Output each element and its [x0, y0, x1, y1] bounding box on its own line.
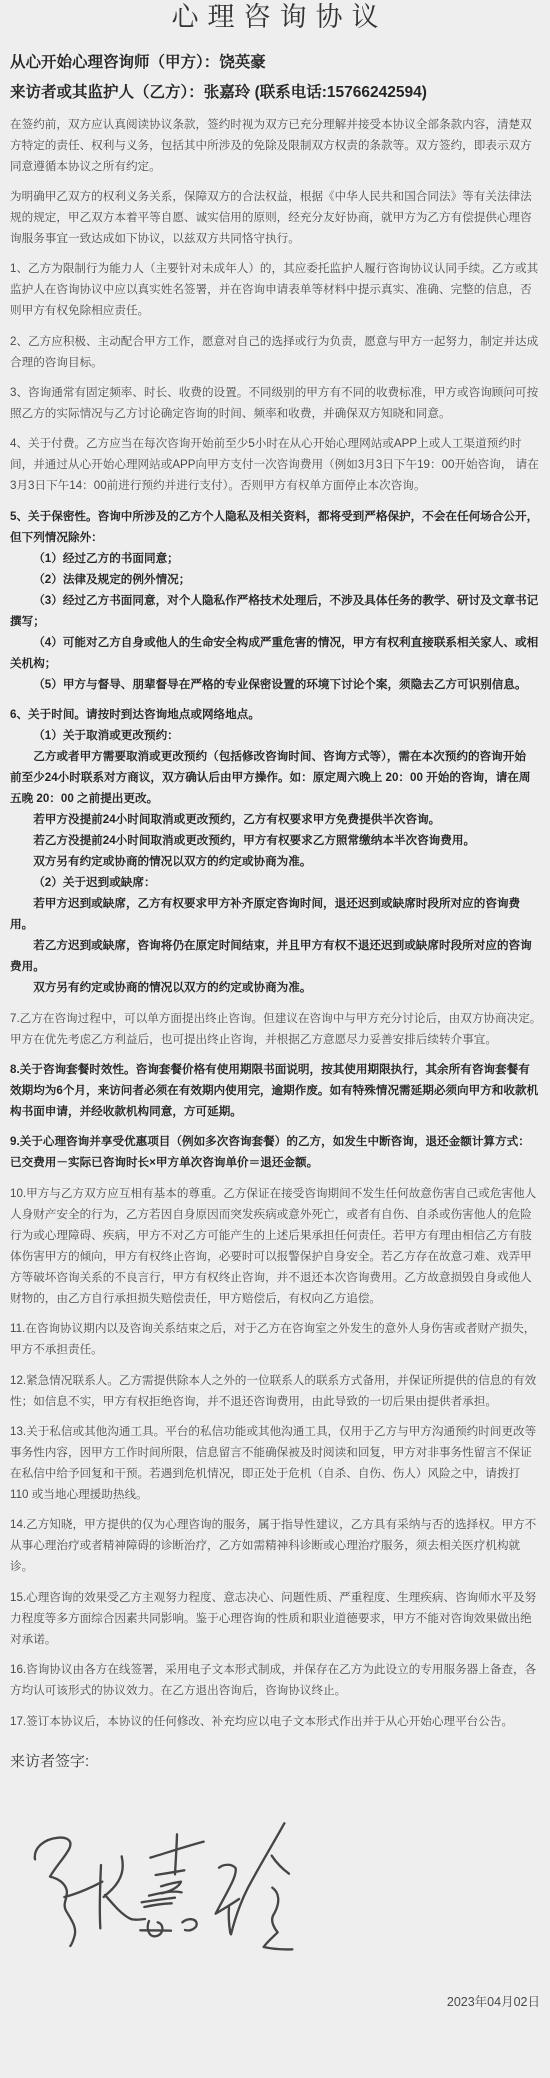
text-line: 3、咨询通常有固定频率、时长、收费的设置。不同级别的甲方有不同的收费标准，甲方或…: [10, 382, 540, 403]
text-line: 15.心理咨询的效果受乙方主观努力程度、意志决心、问题性质、严重程度、生理疾病、…: [10, 1587, 540, 1608]
text-line: 行为或心理障碍、疾病，甲方不对乙方可能产生的上述后果承担任何责任。若甲方有理由相…: [10, 1225, 540, 1246]
clause-2: 2、乙方应积极、主动配合甲方工作，愿意对自己的选择或行为负责，愿意与甲方一起努力…: [10, 331, 540, 373]
text-line: 2、乙方应积极、主动配合甲方工作，愿意对自己的选择或行为负责，愿意与甲方一起努力…: [10, 331, 540, 352]
text-line: 关机构；: [10, 653, 540, 674]
sub-item: （5）甲方与督导、朋辈督导在严格的专业保密设置的环境下讨论个案，须隐去乙方可识别…: [10, 674, 540, 695]
text-line: 双方另有约定或协商的情况以双方的约定或协商为准。: [10, 851, 540, 872]
text-line: 同意遵循本协议之所有约定。: [10, 156, 540, 177]
text-line: 前至少24小时联系对方商议，双方确认后由甲方操作。如：原定周六晚上 20：00 …: [10, 767, 540, 788]
text-line: 方均认可该形式的协议效力。在乙方退出咨询后，咨询协议终止。: [10, 1680, 540, 1701]
party-a-name: 饶英豪: [219, 54, 266, 71]
text-line: 间，并通过从心开始心理网站或APP向甲方支付一次咨询费用（例如3月3日下午19：…: [10, 454, 540, 475]
text-line: 12.紧急情况联系人。乙方需提供除本人之外的一位联系人的联系方式备用，并保证所提…: [10, 1370, 540, 1391]
clause-12: 12.紧急情况联系人。乙方需提供除本人之外的一位联系人的联系方式备用，并保证所提…: [10, 1370, 540, 1412]
text-line: 但下列情况除外：: [10, 527, 540, 548]
handwritten-signature: [25, 1815, 295, 1965]
text-line: 性；如信息不实，甲方有权拒绝咨询，并不退还咨询费用，由此导致的一切后果由提供者承…: [10, 1391, 540, 1412]
clause-4: 4、关于付费。乙方应当在每次咨询开始前至少5小时在从心开始心理网站或APP上或人…: [10, 433, 540, 496]
party-a-label: 从心开始心理咨询师（甲方）：: [10, 54, 219, 71]
text-line: 8.关于咨询套餐时效性。咨询套餐价格有使用期限书面说明，按其使用期限执行，其余所…: [10, 1059, 540, 1080]
text-line: 用。: [10, 914, 540, 935]
sub-item: （2）法律及规定的例外情况；: [10, 569, 540, 590]
text-line: 110 或当地心理援助热线。: [10, 1484, 540, 1505]
text-line: 11.在咨询协议期内以及咨询关系结束之后，对于乙方在咨询室之外发生的意外人身伤害…: [10, 1318, 540, 1339]
clause-16: 16.咨询协议由各方在线签署，采用电子文本形式制成，并保存在乙方为此设立的专用服…: [10, 1659, 540, 1701]
clause-9-refund: 9.关于心理咨询并享受优惠项目（例如多次咨询套餐）的乙方，如发生中断咨询，退还金…: [10, 1131, 540, 1173]
text-line: 则甲方有权免除相应责任。: [10, 300, 540, 321]
text-line: 五晚 20：00 之前提出更改。: [10, 788, 540, 809]
clause-11: 11.在咨询协议期内以及咨询关系结束之后，对于乙方在咨询室之外发生的意外人身伤害…: [10, 1318, 540, 1360]
text-line: 16.咨询协议由各方在线签署，采用电子文本形式制成，并保存在乙方为此设立的专用服…: [10, 1659, 540, 1680]
preamble-paragraph: 为明确甲乙双方的权利义务关系，保障双方的合法权益，根据《中华人民共和国合同法》等…: [10, 186, 540, 249]
text-line: 为明确甲乙双方的权利义务关系，保障双方的合法权益，根据《中华人民共和国合同法》等…: [10, 186, 540, 207]
text-line: 从事心理治疗或者精神障碍的诊断治疗，乙方如需精神科诊断或心理治疗服务，须去相关医…: [10, 1535, 540, 1556]
party-b-label: 来访者或其监护人（乙方）：: [10, 84, 204, 101]
text-line: 13.关于私信或其他沟通工具。平台的私信功能或其他沟通工具，仅用于乙方与甲方沟通…: [10, 1421, 540, 1442]
intro-paragraph: 在签约前，双方应认真阅读协议条款，签约时视为双方已充分理解并接受本协议全部条款内…: [10, 114, 540, 177]
text-line: 对承诺。: [10, 1629, 540, 1650]
text-line: 监护人在咨询协议中应以真实姓名签署，并在咨询申请表单等材料中提示真实、准确、完整…: [10, 279, 540, 300]
text-line: 诊。: [10, 1556, 540, 1577]
clause-1: 1、乙方为限制行为能力人（主要针对未成年人）的，其应委托监护人履行咨询协议认同手…: [10, 258, 540, 321]
text-line: 照乙方的实际情况与乙方讨论确定咨询的时间、频率和收费，并确保双方知晓和同意。: [10, 403, 540, 424]
sub-heading: （1）关于取消或更改预约：: [10, 725, 540, 746]
agreement-document: 心理咨询协议 从心开始心理咨询师（甲方）：饶英豪 来访者或其监护人（乙方）：张嘉…: [0, 0, 550, 2078]
sub-heading: （2）关于迟到或缺席：: [10, 872, 540, 893]
party-b-line: 来访者或其监护人（乙方）：张嘉玲 (联系电话:15766242594): [10, 78, 540, 108]
text-line: 事务性内容，因甲方工作时间所限，信息留言不能确保被及时阅读和回复，甲方对非事务性…: [10, 1442, 540, 1463]
text-line: 人身财产安全的行为，乙方若因自身原因而突发疾病或意外死亡，或者有自伤、自杀或伤害…: [10, 1204, 540, 1225]
clause-6-time: 6、关于时间。请按时到达咨询地点或网络地点。 （1）关于取消或更改预约： 乙方或…: [10, 704, 540, 998]
clause-15: 15.心理咨询的效果受乙方主观努力程度、意志决心、问题性质、严重程度、生理疾病、…: [10, 1587, 540, 1650]
signature-strokes: [35, 1823, 293, 1949]
clause-8-package-validity: 8.关于咨询套餐时效性。咨询套餐价格有使用期限书面说明，按其使用期限执行，其余所…: [10, 1059, 540, 1122]
clause-14: 14.乙方知晓，甲方提供的仅为心理咨询的服务，属于指导性建议，乙方具有采纳与否的…: [10, 1514, 540, 1577]
clause-17: 17.签订本协议后，本协议的任何修改、补充均应以电子文本形式作出并于从心开始心理…: [10, 1711, 540, 1732]
text-line: 效期均为6个月，来访问者必须在有效期内使用完，逾期作废。如有特殊情况需延期必须向…: [10, 1080, 540, 1101]
text-line: 构书面申请，并经收款机构同意，方可延期。: [10, 1101, 540, 1122]
text-line: 询服务事宜一致达成如下协议，以兹双方共同恪守执行。: [10, 228, 540, 249]
text-line: 规的规定，甲乙双方本着平等自愿、诚实信用的原则，经充分友好协商，就甲方为乙方有偿…: [10, 207, 540, 228]
text-line: 体伤害甲方的倾向，甲方有权终止咨询，必要时可以报警保护自身安全。若乙方存在故意刁…: [10, 1246, 540, 1267]
text-line: 6、关于时间。请按时到达咨询地点或网络地点。: [10, 704, 540, 725]
text-line: 撰写；: [10, 611, 540, 632]
party-a-line: 从心开始心理咨询师（甲方）：饶英豪: [10, 48, 540, 78]
text-line: 在签约前，双方应认真阅读协议条款，签约时视为双方已充分理解并接受本协议全部条款内…: [10, 114, 540, 135]
signing-date: 2023年04月02日: [10, 1992, 540, 2012]
text-line: 若乙方迟到或缺席，咨询将仍在原定时间结束，并且甲方有权不退还迟到或缺席时段所对应…: [10, 935, 540, 956]
clause-3: 3、咨询通常有固定频率、时长、收费的设置。不同级别的甲方有不同的收费标准，甲方或…: [10, 382, 540, 424]
text-line: 在私信中给予回复和干预。若遇到危机情况，即正处于危机（自杀、自伤、伤人）风险之中…: [10, 1463, 540, 1484]
clause-13: 13.关于私信或其他沟通工具。平台的私信功能或其他沟通工具，仅用于乙方与甲方沟通…: [10, 1421, 540, 1505]
text-line: 7.乙方在咨询过程中，可以单方面提出终止咨询。但建议在咨询中与甲方充分讨论后，由…: [10, 1008, 540, 1029]
text-line: 财物的，由乙方自行承担损失赔偿责任，甲方赔偿后，有权向乙方追偿。: [10, 1288, 540, 1309]
text-line: 若甲方迟到或缺席，乙方有权要求甲方补齐原定咨询时间，退还迟到或缺席时段所对应的咨…: [10, 893, 540, 914]
clause-7: 7.乙方在咨询过程中，可以单方面提出终止咨询。但建议在咨询中与甲方充分讨论后，由…: [10, 1008, 540, 1050]
text-line: 4、关于付费。乙方应当在每次咨询开始前至少5小时在从心开始心理网站或APP上或人…: [10, 433, 540, 454]
sub-item: （1）经过乙方的书面同意；: [10, 548, 540, 569]
clause-5-confidentiality: 5、关于保密性。咨询中所涉及的乙方个人隐私及相关资料，都将受到严格保护，不会在任…: [10, 506, 540, 695]
text-line: 甲方不承担责任。: [10, 1339, 540, 1360]
text-line: 17.签订本协议后，本协议的任何修改、补充均应以电子文本形式作出并于从心开始心理…: [10, 1711, 540, 1732]
text-line: 双方另有约定或协商的情况以双方的约定或协商为准。: [10, 977, 540, 998]
clause-10: 10.甲方与乙方双方应互相有基本的尊重。乙方保证在接受咨询期间不发生任何故意伤害…: [10, 1183, 540, 1309]
party-b-name: 张嘉玲: [204, 84, 251, 101]
party-b-contact: (联系电话:15766242594): [250, 84, 427, 101]
text-line: 若乙方没提前24小时间取消或更改预约，甲方有权要求乙方照常缴纳本半次咨询费用。: [10, 830, 540, 851]
text-line: 10.甲方与乙方双方应互相有基本的尊重。乙方保证在接受咨询期间不发生任何故意伤害…: [10, 1183, 540, 1204]
text-line: 力程度等多方面综合因素共同影响。鉴于心理咨询的性质和职业道德要求，甲方不能对咨询…: [10, 1608, 540, 1629]
text-line: 合理的咨询目标。: [10, 352, 540, 373]
text-line: 方特定的责任、权利与义务，包括其中所涉及的免除及限制双方权责的条款等。双方签约，…: [10, 135, 540, 156]
text-line: 9.关于心理咨询并享受优惠项目（例如多次咨询套餐）的乙方，如发生中断咨询，退还金…: [10, 1131, 540, 1152]
text-line: 1、乙方为限制行为能力人（主要针对未成年人）的，其应委托监护人履行咨询协议认同手…: [10, 258, 540, 279]
text-line: 3月3日下午14：00前进行预约并进行支付）。否则甲方有权单方面停止本次咨询。: [10, 475, 540, 496]
text-line: 14.乙方知晓，甲方提供的仅为心理咨询的服务，属于指导性建议，乙方具有采纳与否的…: [10, 1514, 540, 1535]
text-line: 甲方在优先考虑乙方利益后，也可提出终止咨询，并根据乙方意愿尽力妥善安排后续转介事…: [10, 1029, 540, 1050]
sub-item: （3）经过乙方书面同意，对个人隐私作严格技术处理后，不涉及具体任务的教学、研讨及…: [10, 590, 540, 611]
text-line: 已交费用－实际已咨询时长×甲方单次咨询单价＝退还金额。: [10, 1152, 540, 1173]
text-line: 若甲方没提前24小时间取消或更改预约，乙方有权要求甲方免费提供半次咨询。: [10, 809, 540, 830]
text-line: 5、关于保密性。咨询中所涉及的乙方个人隐私及相关资料，都将受到严格保护，不会在任…: [10, 506, 540, 527]
text-line: 乙方或者甲方需要取消或更改预约（包括修改咨询时间、咨询方式等），需在本次预约的咨…: [10, 746, 540, 767]
text-line: 方等破坏咨询关系的不良言行，甲方有权终止咨询，并不退还本次咨询费用。乙方故意损毁…: [10, 1267, 540, 1288]
sub-item: （4）可能对乙方自身或他人的生命安全构成严重危害的情况，甲方有权利直接联系相关家…: [10, 632, 540, 653]
signature-label: 来访者签字:: [10, 1747, 540, 1777]
document-title: 心理咨询协议: [10, 0, 540, 34]
text-line: 费用。: [10, 956, 540, 977]
